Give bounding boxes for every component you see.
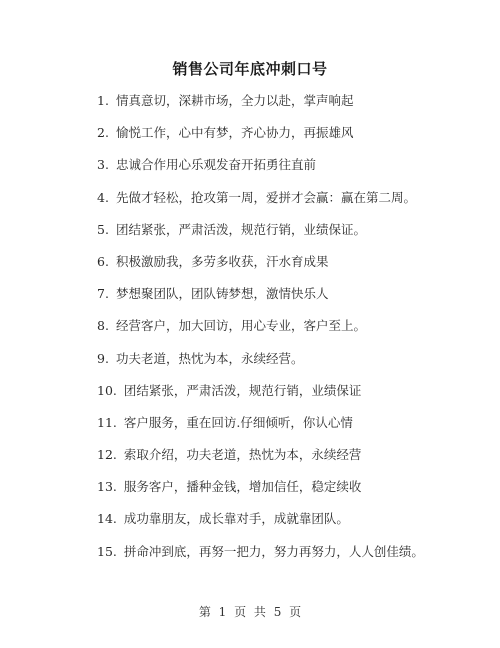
- slogan-item: 7.梦想聚团队，团队铸梦想，激情快乐人: [97, 285, 424, 317]
- slogan-item: 8.经营客户，加大回访，用心专业，客户至上。: [97, 317, 424, 349]
- slogan-text: 梦想聚团队，团队铸梦想，激情快乐人: [116, 286, 329, 301]
- slogan-number: 6.: [97, 253, 109, 271]
- slogan-text: 经营客户，加大回访，用心专业，客户至上。: [116, 318, 366, 333]
- slogan-item: 2.愉悦工作，心中有梦，齐心协力，再振雄风: [97, 124, 424, 156]
- slogan-number: 1.: [97, 92, 109, 110]
- slogan-number: 5.: [97, 221, 109, 239]
- slogan-item: 15.拼命冲到底，再努一把力，努力再努力，人人创佳绩。: [97, 543, 424, 575]
- slogan-number: 9.: [97, 350, 109, 368]
- slogan-text: 索取介绍，功夫老道，热忱为本，永续经营: [124, 447, 362, 462]
- slogan-text: 忠诚合作用心乐观发奋开拓勇往直前: [116, 157, 316, 172]
- slogan-number: 10.: [97, 382, 117, 400]
- slogan-item: 4.先做才轻松，抢攻第一周，爱拼才会赢：赢在第二周。: [97, 189, 424, 221]
- slogan-text: 功夫老道，热忱为本，永续经营。: [116, 351, 304, 366]
- slogan-text: 先做才轻松，抢攻第一周，爱拼才会赢：赢在第二周。: [116, 190, 416, 205]
- document-title: 销售公司年底冲刺口号: [0, 58, 500, 79]
- slogan-number: 14.: [97, 510, 117, 528]
- slogan-number: 7.: [97, 285, 109, 303]
- slogan-number: 13.: [97, 478, 117, 496]
- slogan-item: 1.情真意切，深耕市场，全力以赴，掌声响起: [97, 92, 424, 124]
- slogan-number: 8.: [97, 317, 109, 335]
- slogan-number: 12.: [97, 446, 117, 464]
- slogan-item: 11.客户服务，重在回访.仔细倾听，你认心情: [97, 414, 424, 446]
- slogan-item: 13.服务客户，播种金钱，增加信任，稳定续收: [97, 478, 424, 510]
- slogan-item: 5.团结紧张，严肃活泼，规范行销，业绩保证。: [97, 221, 424, 253]
- slogan-item: 14.成功靠朋友，成长靠对手，成就靠团队。: [97, 510, 424, 542]
- slogan-item: 6.积极激励我，多劳多收获，汗水育成果: [97, 253, 424, 285]
- slogan-text: 服务客户，播种金钱，增加信任，稳定续收: [124, 479, 362, 494]
- slogan-text: 积极激励我，多劳多收获，汗水育成果: [116, 254, 329, 269]
- document-page: 销售公司年底冲刺口号 1.情真意切，深耕市场，全力以赴，掌声响起 2.愉悦工作，…: [0, 0, 500, 648]
- slogan-item: 9.功夫老道，热忱为本，永续经营。: [97, 350, 424, 382]
- page-footer: 第 1 页 共 5 页: [0, 603, 500, 620]
- slogan-text: 团结紧张，严肃活泼，规范行销，业绩保证。: [116, 222, 366, 237]
- slogan-text: 拼命冲到底，再努一把力，努力再努力，人人创佳绩。: [124, 544, 424, 559]
- slogan-item: 12.索取介绍，功夫老道，热忱为本，永续经营: [97, 446, 424, 478]
- slogan-number: 15.: [97, 543, 117, 561]
- slogan-text: 愉悦工作，心中有梦，齐心协力，再振雄风: [116, 125, 354, 140]
- slogan-number: 4.: [97, 189, 109, 207]
- slogan-text: 团结紧张，严肃活泼，规范行销，业绩保证: [124, 383, 362, 398]
- slogan-item: 3.忠诚合作用心乐观发奋开拓勇往直前: [97, 156, 424, 188]
- slogan-text: 情真意切，深耕市场，全力以赴，掌声响起: [116, 93, 354, 108]
- slogan-number: 2.: [97, 124, 109, 142]
- slogan-number: 3.: [97, 156, 109, 174]
- slogan-number: 11.: [97, 414, 117, 432]
- slogan-text: 客户服务，重在回访.仔细倾听，你认心情: [124, 415, 353, 430]
- slogan-list: 1.情真意切，深耕市场，全力以赴，掌声响起 2.愉悦工作，心中有梦，齐心协力，再…: [97, 92, 424, 575]
- slogan-item: 10.团结紧张，严肃活泼，规范行销，业绩保证: [97, 382, 424, 414]
- slogan-text: 成功靠朋友，成长靠对手，成就靠团队。: [124, 511, 349, 526]
